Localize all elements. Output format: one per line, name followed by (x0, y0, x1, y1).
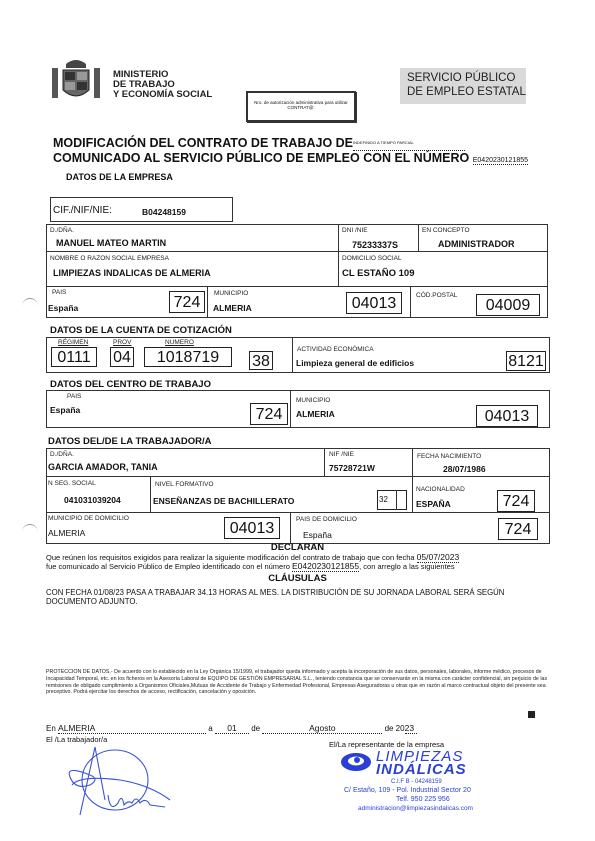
coat-of-arms-icon (50, 56, 102, 106)
declaran-line1: Que reúnen los requisitos exigidos para … (46, 553, 415, 562)
en-label: En (46, 724, 56, 733)
concepto-label: EN CONCEPTO (422, 227, 470, 234)
nivel-label: NIVEL FORMATIVO (155, 481, 214, 488)
cp-label: CÓD.POSTAL (416, 292, 457, 299)
dni-label: DNI /NIE (342, 227, 368, 234)
trab-dona-value: GARCIA AMADOR, TANIA (48, 462, 158, 472)
mes-value: Agosto (262, 723, 382, 734)
centro-pais-code: 724 (250, 403, 288, 425)
actividad-label: ACTIVIDAD ECONÓMICA (297, 346, 374, 353)
nacionalidad-label: NACIONALIDAD (416, 486, 465, 493)
authorization-box: Nro. de autorización administrativa para… (246, 91, 356, 122)
section-trabajador: DATOS DEL/DE LA TRABAJADOR/A (48, 436, 211, 447)
stamp-email: administracion@limpiezasindalicas.com (358, 805, 473, 812)
signature-line: En ALMERIA a 01 de Agosto de 2023 (46, 723, 417, 734)
worker-signature (60, 745, 190, 820)
trab-dona-label: D./DÑA. (50, 451, 74, 458)
numero-label: NUMERO (165, 339, 194, 346)
centro-municipio-label: MUNICIPIO (296, 397, 330, 404)
data-protection-text: PROTECCION DE DATOS.- De acuerdo con lo … (46, 669, 551, 696)
dc-value: 38 (249, 351, 273, 370)
prov-label: PROV (113, 339, 131, 346)
cif-label: CIF./NIF/NIE: (53, 205, 112, 216)
clausulas-text: CON FECHA 01/08/23 PASA A TRABAJAR 34.13… (46, 588, 546, 606)
centro-municipio-code: 04013 (476, 405, 538, 427)
sepe-line: SERVICIO PÚBLICO (407, 71, 526, 85)
company-stamp: LIMPIEZAS INDÁLICAS C.I.F B - 04248159 C… (336, 748, 546, 818)
municipio-value: ALMERIA (213, 303, 252, 313)
domicilio-label: DOMICILIO SOCIAL (342, 255, 402, 262)
a-label: a (208, 724, 212, 733)
authorization-text: Nro. de autorización administrativa para… (254, 100, 348, 110)
pais-dom-code: 724 (498, 518, 538, 540)
trabajador-signature-label: El /La trabajador/a (46, 735, 107, 744)
dona-label: D./DÑA. (50, 227, 74, 234)
nacionalidad-value: ESPAÑA (416, 499, 451, 509)
declaran-line2: fue comunicado al Servicio Público de Em… (46, 562, 290, 571)
punch-hole-mark (22, 524, 38, 540)
municipio-label: MUNICIPIO (214, 290, 248, 297)
de-label: de (251, 724, 260, 733)
pais-dom-value: España (303, 530, 332, 540)
title-line1: MODIFICACIÓN DEL CONTRATO DE TRABAJO DE (53, 136, 353, 150)
nacimiento-value: 28/07/1986 (443, 464, 486, 474)
declaran-numero: E0420230121855 (292, 561, 359, 572)
lugar-value: ALMERIA (58, 723, 206, 734)
nif-label: NIF /NIE (329, 451, 354, 458)
stamp-cif: C.I.F B - 04248159 (391, 779, 442, 785)
dona-value: MANUEL MATEO MARTIN (56, 238, 166, 248)
small-square-icon (528, 711, 535, 718)
stamp-address: C/ Estaño, 109 - Pol. Industrial Sector … (344, 787, 471, 794)
pais-label: PAIS (52, 289, 66, 296)
regimen-value: 0111 (51, 347, 97, 367)
clausulas-title: CLÁUSULAS (0, 573, 595, 584)
cif-value: B04248159 (142, 207, 186, 217)
pais-value: España (48, 303, 78, 313)
razon-label: NOMBRE O RAZON SOCIAL EMPRESA (50, 255, 169, 262)
cp-code: 04009 (476, 294, 540, 316)
ministry-name: MINISTERIO DE TRABAJO Y ECONOMÍA SOCIAL (113, 70, 212, 100)
declaran-line2b: , con arreglo a las siguientes (359, 562, 454, 571)
title-line2: COMUNICADO AL SERVICIO PÚBLICO DE EMPLEO… (53, 151, 469, 165)
nif-value: 75728721W (329, 463, 375, 473)
dia-value: 01 (215, 723, 249, 734)
regimen-label: RÉGIMEN (58, 339, 88, 346)
nivel-value: ENSEÑANZAS DE BACHILLERATO (153, 496, 294, 506)
anio-value: 23 (405, 723, 417, 734)
nacionalidad-code: 724 (497, 490, 535, 512)
concepto-value: ADMINISTRADOR (438, 239, 515, 249)
contract-type: INDEFINIDO A TIEMPO PARCIAL (353, 136, 465, 151)
numero-value: 1018719 (144, 347, 232, 367)
stamp-name-line2: INDÁLICAS (376, 761, 467, 778)
mun-dom-code: 04013 (224, 517, 280, 539)
centro-pais-label: PAIS (67, 393, 81, 400)
actividad-value: Limpieza general de edificios (296, 358, 414, 368)
stamp-phone: Telf. 950 225 956 (396, 796, 450, 803)
document-title: MODIFICACIÓN DEL CONTRATO DE TRABAJO DEI… (53, 136, 528, 168)
stamp-logo-icon (339, 751, 373, 773)
punch-hole-mark (22, 298, 38, 314)
ministry-line: Y ECONOMÍA SOCIAL (113, 90, 212, 100)
sepe-box: SERVICIO PÚBLICO DE EMPLEO ESTATAL (400, 68, 526, 104)
mun-dom-value: ALMERIA (48, 528, 85, 538)
sepe-line: DE EMPLEO ESTATAL (407, 85, 526, 99)
mun-dom-label: MUNICIPIO DE DOMICILIO (48, 515, 129, 522)
declaran-text: Que reúnen los requisitos exigidos para … (46, 553, 556, 571)
pais-code: 724 (169, 291, 205, 313)
prov-value: 04 (110, 347, 134, 367)
nacimiento-label: FECHA NACIMIENTO (417, 453, 481, 460)
nivel-code: 32 (377, 490, 407, 510)
centro-municipio-value: ALMERIA (296, 409, 335, 419)
domicilio-value: CL ESTAÑO 109 (342, 268, 415, 279)
centro-pais-value: España (50, 405, 80, 415)
nss-value: 041031039204 (64, 495, 121, 505)
actividad-code: 8121 (506, 351, 546, 371)
section-cotizacion: DATOS DE LA CUENTA DE COTIZACIÓN (50, 325, 554, 336)
dni-value: 75233337S (352, 240, 398, 250)
section-empresa: DATOS DE LA EMPRESA (66, 172, 173, 182)
razon-value: LIMPIEZAS INDALICAS DE ALMERIA (53, 268, 211, 278)
de20-label: de 20 (385, 724, 405, 733)
pais-dom-label: PAIS DE DOMICILIO (296, 516, 357, 523)
communication-number: E0420230121855 (473, 157, 528, 165)
nss-label: N SEG. SOCIAL (48, 480, 96, 487)
section-centro: DATOS DEL CENTRO DE TRABAJO (50, 379, 211, 390)
municipio-code: 04013 (346, 292, 402, 314)
declaran-title: DECLARAN (0, 542, 595, 553)
